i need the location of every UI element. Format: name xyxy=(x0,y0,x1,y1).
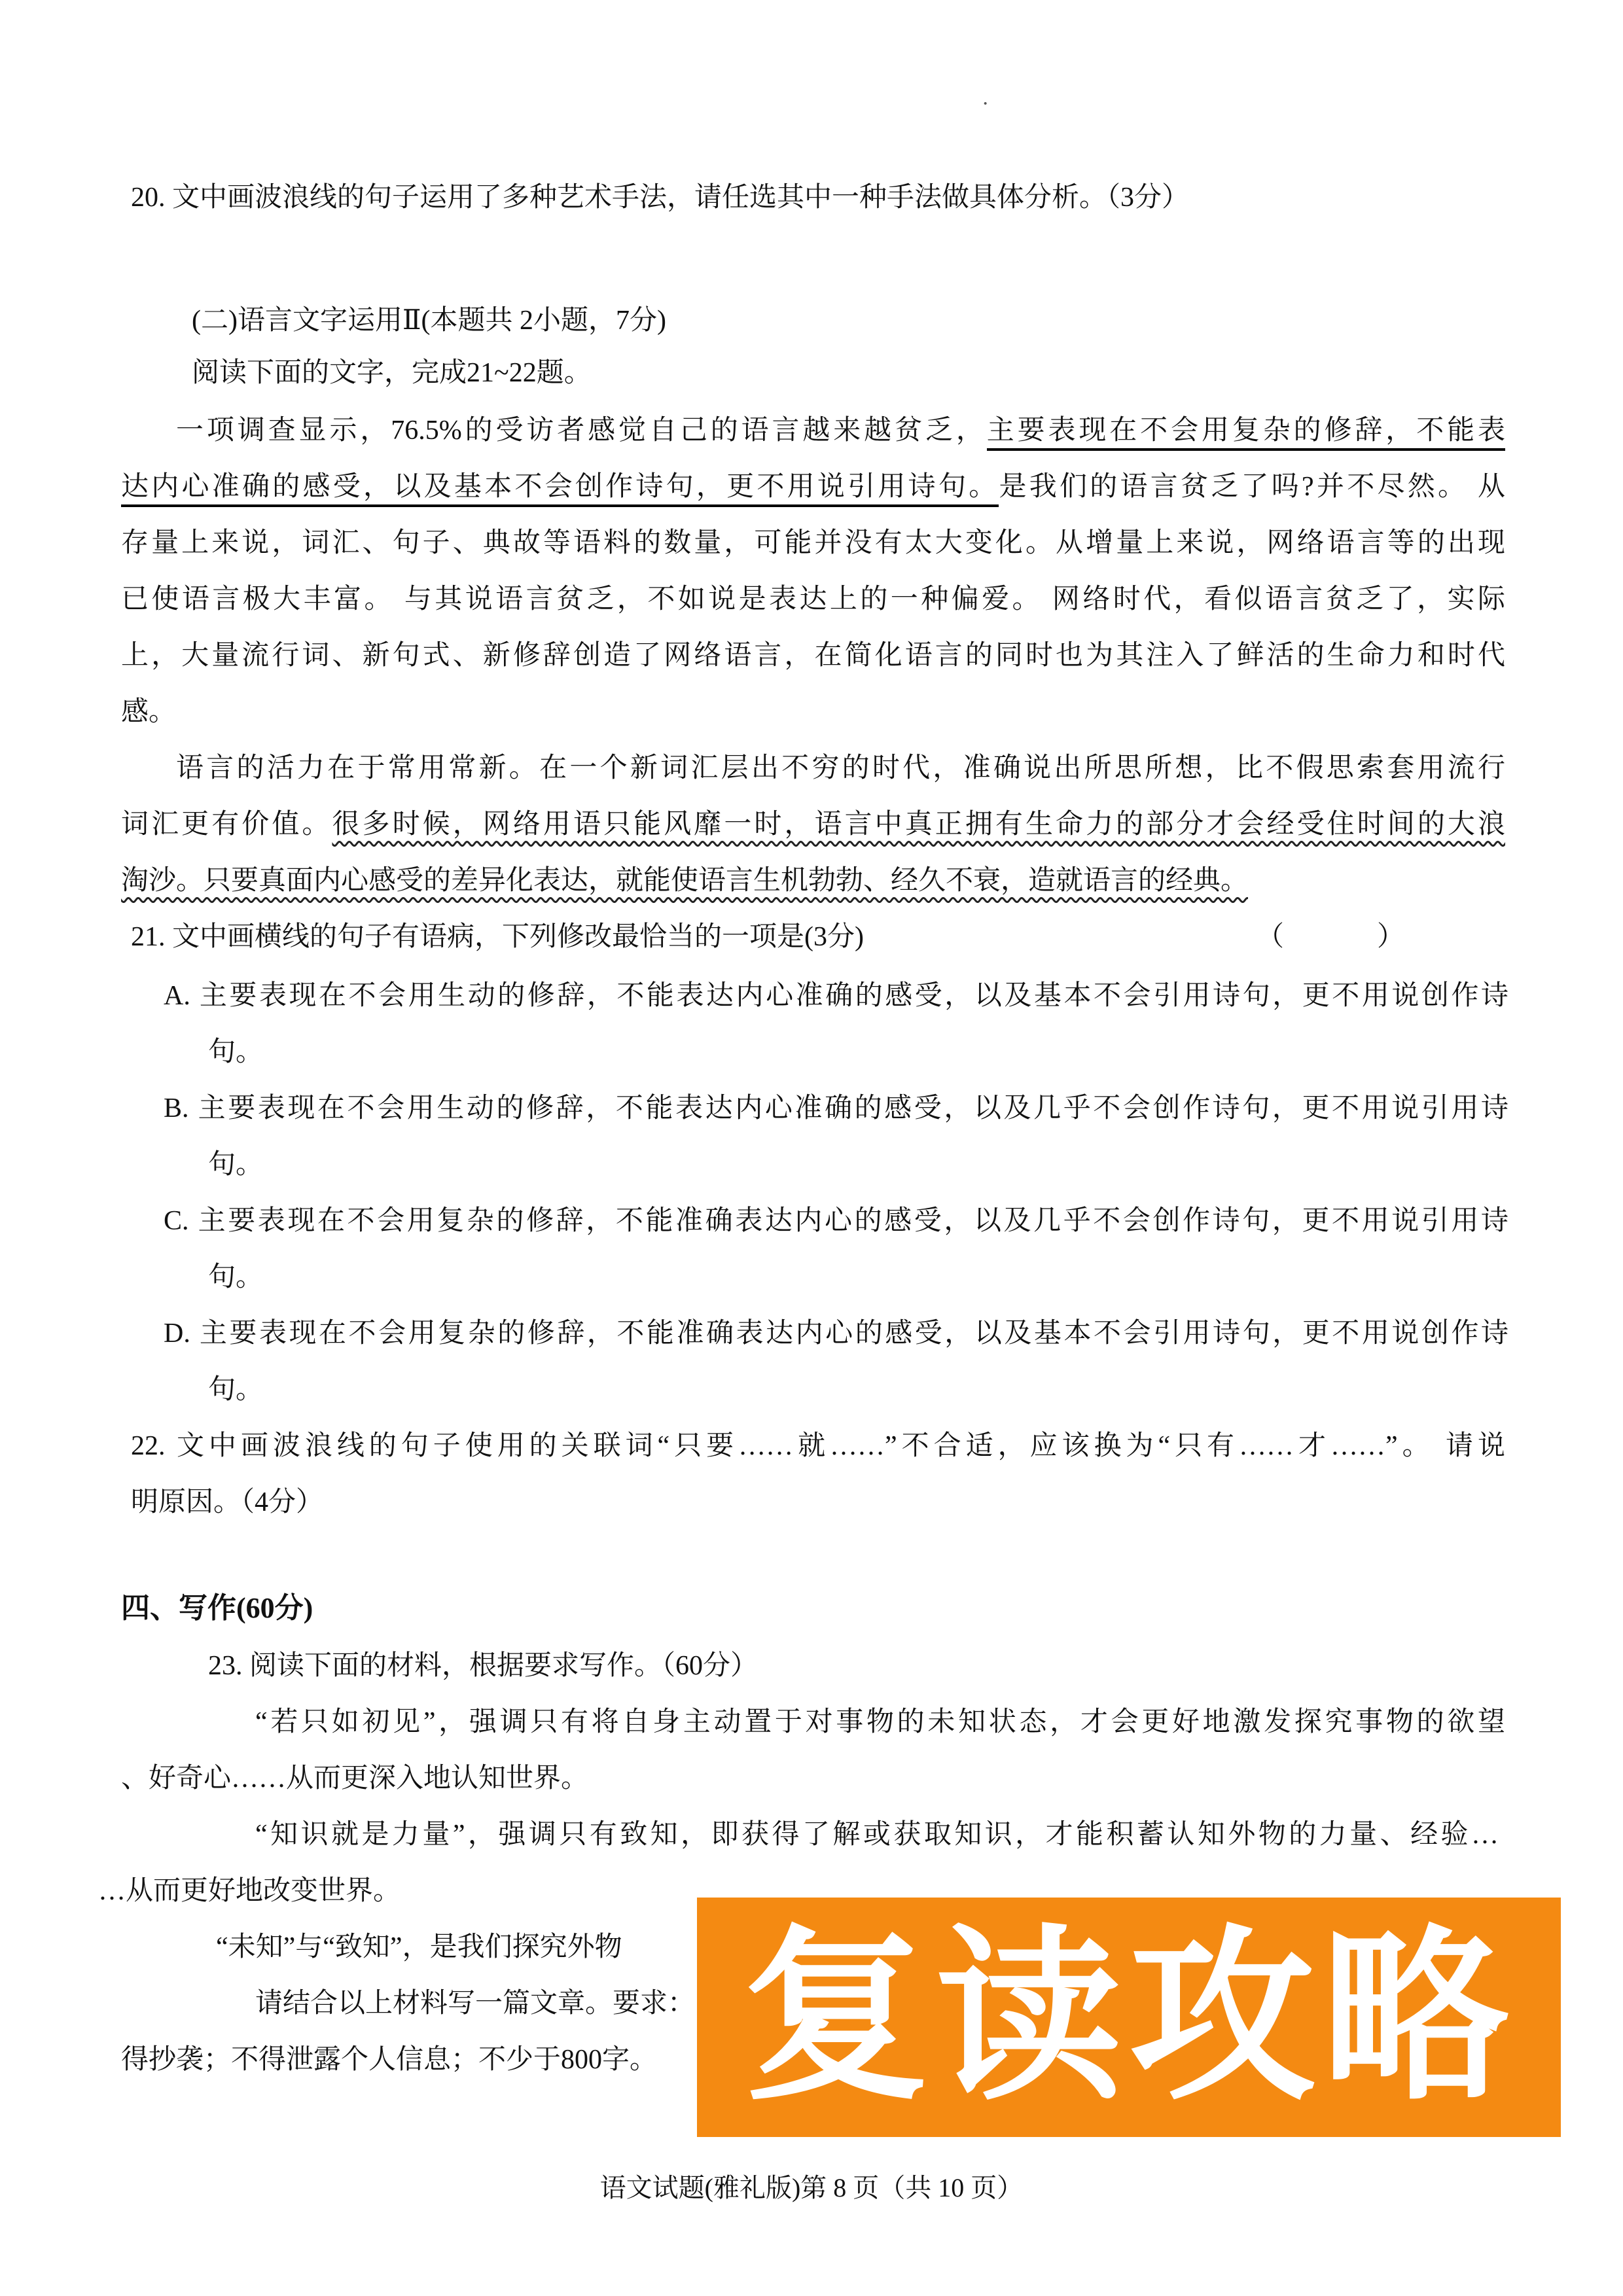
material-3-line-partially-covered: “未知”与“致知”，是我们探究外物 xyxy=(216,1928,622,1967)
material-2-line1: “知识就是力量”，强调只有致知，即获得了解或获取知识，才能积蓄认知外物的力量、经… xyxy=(255,1815,1499,1854)
question-22-line2: 明原因。（4分） xyxy=(131,1483,323,1522)
para2-line3: 淘沙。只要真面内心感受的差异化表达，就能使语言生机勃勃、经久不衰，造就语言的经典… xyxy=(121,861,1248,900)
option-b-line1: B. 主要表现在不会用生动的修辞，不能表达内心准确的感受，以及几乎不会创作诗句，… xyxy=(164,1089,1508,1128)
para1-line3: 存量上来说，词汇、句子、典故等语料的数量，可能并没有太大变化。从增量上来说，网络… xyxy=(121,523,1505,563)
option-c-line1: C. 主要表现在不会用复杂的修辞，不能准确表达内心的感受，以及几乎不会创作诗句，… xyxy=(164,1201,1508,1241)
para1-line1: 一项调查显示，76.5%的受访者感觉自己的语言越来越贫乏，主要表现在不会用复杂的… xyxy=(121,411,1505,450)
requirement-line-partially-covered: 请结合以上材料写一篇文章。要求： xyxy=(255,1984,695,2023)
option-a-line2: 句。 xyxy=(208,1033,263,1072)
watermark-banner: 复读攻略 xyxy=(697,1898,1561,2137)
para1-line4: 已使语言极大丰富。 与其说语言贫乏，不如说是表达上的一种偏爱。 网络时代，看似语… xyxy=(121,580,1505,619)
material-1-line1: “若只如初见”，强调只有将自身主动置于对事物的未知状态，才会更好地激发探究事物的… xyxy=(255,1703,1505,1742)
para1-line1-underlined: 主要表现在不会用复杂的修辞，不能表 xyxy=(987,415,1505,451)
para1-line2-underlined: 达内心准确的感受，以及基本不会创作诗句，更不用说引用诗句。 xyxy=(121,472,999,507)
para1-line5: 上，大量流行词、新句式、新修辞创造了网络语言，在简化语言的同时也为其注入了鲜活的… xyxy=(121,636,1505,675)
requirement-line2: 得抄袭；不得泄露个人信息；不少于800字。 xyxy=(121,2040,657,2079)
option-d-line2: 句。 xyxy=(208,1370,263,1409)
stray-scan-mark: · xyxy=(982,92,989,116)
para1-line2: 达内心准确的感受，以及基本不会创作诗句，更不用说引用诗句。是我们的语言贫乏了吗?… xyxy=(121,467,1505,506)
reading-intro: 阅读下面的文字，完成21~22题。 xyxy=(192,353,592,393)
para2-line2: 词汇更有价值。很多时候，网络用语只能风靡一时，语言中真正拥有生命力的部分才会经受… xyxy=(121,805,1505,844)
question-23-stem: 23. 阅读下面的材料，根据要求写作。（60分） xyxy=(208,1646,758,1686)
para1-line6: 感。 xyxy=(121,692,176,732)
exam-paper-page: · 20. 文中画波浪线的句子运用了多种艺术手法，请任选其中一种手法做具体分析。… xyxy=(0,0,1623,2296)
para2-line2-plain: 词汇更有价值。 xyxy=(121,809,332,839)
para2-line1: 语言的活力在于常用常新。在一个新词汇层出不穷的时代，准确说出所思所想，比不假思索… xyxy=(121,749,1505,788)
option-c-line2: 句。 xyxy=(208,1258,263,1297)
option-a-line1: A. 主要表现在不会用生动的修辞，不能表达内心准确的感受，以及基本不会引用诗句，… xyxy=(164,976,1508,1016)
answer-brackets: （ ） xyxy=(1257,917,1407,957)
option-d-line1: D. 主要表现在不会用复杂的修辞，不能准确表达内心的感受，以及基本不会引用诗句，… xyxy=(164,1314,1508,1353)
material-2-line2: …从而更好地改变世界。 xyxy=(98,1871,401,1911)
section-2-heading: (二)语言文字运用Ⅱ(本题共 2小题，7分) xyxy=(192,301,666,340)
para1-line1-plain: 一项调查显示，76.5%的受访者感觉自己的语言越来越贫乏， xyxy=(176,415,987,446)
page-footer: 语文试题(雅礼版)第 8 页（共 10 页） xyxy=(0,2167,1623,2204)
watermark-text: 复读攻略 xyxy=(743,1924,1515,2111)
question-22-line1: 22. 文中画波浪线的句子使用的关联词“只要……就……”不合适，应该换为“只有…… xyxy=(131,1426,1505,1466)
option-b-line2: 句。 xyxy=(208,1145,263,1184)
question-20: 20. 文中画波浪线的句子运用了多种艺术手法，请任选其中一种手法做具体分析。（3… xyxy=(131,178,1189,217)
question-21-stem: 21. 文中画横线的句子有语病，下列修改最恰当的一项是(3分)（ ） xyxy=(131,917,1505,957)
material-1-line2: 、好奇心……从而更深入地认知世界。 xyxy=(121,1759,588,1798)
para1-line2-plain: 是我们的语言贫乏了吗?并不尽然。 从 xyxy=(999,472,1505,502)
question-21-text: 21. 文中画横线的句子有语病，下列修改最恰当的一项是(3分) xyxy=(131,922,864,952)
para2-line3-wavy: 淘沙。只要真面内心感受的差异化表达，就能使语言生机勃勃、经久不衰，造就语言的经典… xyxy=(121,866,1248,896)
section-4-heading: 四、写作(60分) xyxy=(121,1589,313,1628)
para2-line2-wavy: 很多时候，网络用语只能风靡一时，语言中真正拥有生命力的部分才会经受住时间的大浪 xyxy=(332,809,1505,839)
